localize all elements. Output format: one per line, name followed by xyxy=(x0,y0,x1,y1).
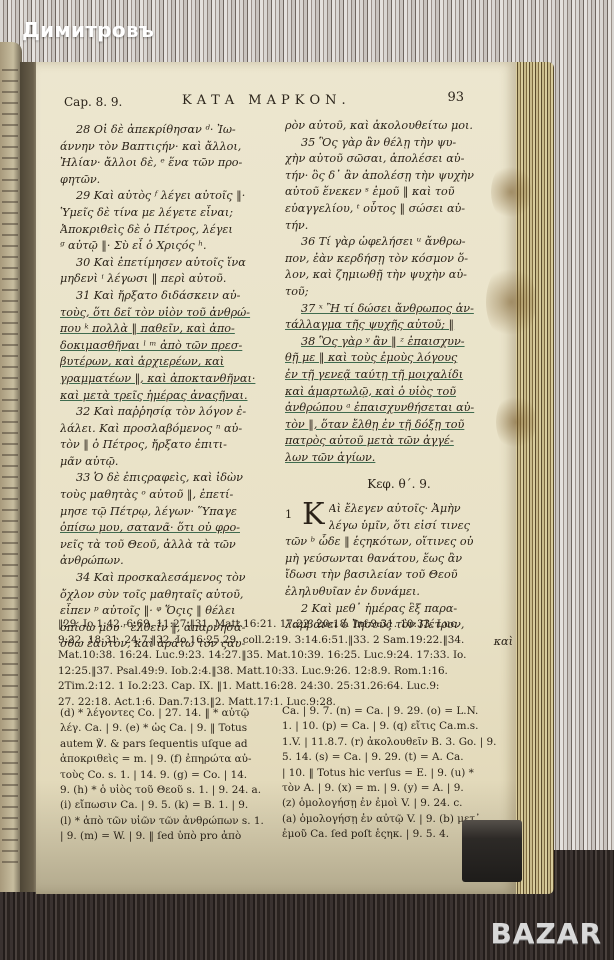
text-line: ἴδωσι τὴν βασιλείαν τοῦ Θεοῦ xyxy=(285,567,513,584)
note-line: | 10. ‖ Totus hic verſus = E. | 9. (u) * xyxy=(282,766,514,781)
text-line: 35 Ὃς γὰρ ἂν θέλῃ τὴν ψυ- xyxy=(285,135,513,152)
bazar-logo: BAZAR xyxy=(490,917,602,950)
previous-page-edge xyxy=(0,42,22,892)
right-column-text: ρὸν αὐτοῦ, καὶ ἀκολουθείτω μοι. 35 Ὃς γὰ… xyxy=(285,118,513,650)
text-line: Ἠλίαν· ἄλλοι δὲ, ᵉ ἕνα τῶν προ- xyxy=(60,155,278,172)
note-line: 1.V. | 11.8.7. (r) ἀκολουθεῖν B. 3. Go. … xyxy=(282,735,514,750)
text-line: λον, καὶ ζημιωθῇ τὴν ψυχὴν αὐ- xyxy=(285,267,513,284)
text-line: άννην τὸν Βαπτιςήν· καὶ ἄλλοι, xyxy=(60,139,278,156)
chapter-opening: 1 K Αὶ ἔλεγεν αὐτοῖς· Ἀμὴν λέγω ὑμῖν, ὅτ… xyxy=(285,501,513,534)
text-line: 31 Καὶ ἤρξατο διδάσκειν αὐ- xyxy=(60,288,278,305)
text-line: νεῖς τὰ τοῦ Θεοῦ, ἀλλὰ τὰ τῶν xyxy=(60,537,278,554)
underlined-line: τάλλαγμα τῆς ψυχῆς αὐτοῦ; ‖ xyxy=(285,317,513,334)
chapter-heading: Κεφ. θ΄. 9. xyxy=(285,476,513,493)
underlined-line: καὶ ἁμαρτωλῷ, καὶ ὁ υἱὸς τοῦ xyxy=(285,384,513,401)
note-line: autem ℣. & pars ſequentis uſque ad xyxy=(60,737,282,752)
underlined-line: δοκιμασθῆναι ˡ ᵐ ἀπὸ τῶν πρεσ- xyxy=(60,338,278,355)
note-line: (z) ὁμολογήσῃ ἐν ἐμοὶ V. | 9. 24. c. xyxy=(282,796,514,811)
seller-watermark: Димитровъ xyxy=(22,18,154,42)
variant-notes-left: (d) * λέγοντες Co. | 27. 14. ‖ * αὐτῷ λέ… xyxy=(60,706,282,845)
text-line: 2 Καὶ μεθ᾽ ἡμέρας ἓξ παρα- xyxy=(285,601,513,618)
note-line: τὸν A. | 9. (x) = m. | 9. (y) = A. | 9. xyxy=(282,781,514,796)
text-line: μὴ γεύσωνται θανάτου, ἕως ἂν xyxy=(285,551,513,568)
reference-line: 9:22. 18:31. 24:7.‖32. Io.16:25.29. coll… xyxy=(58,633,520,649)
underlined-line: καὶ μετὰ τρεῖς ἡμέρας ἀναςῆναι. xyxy=(60,388,278,405)
underlined-line: πατρὸς αὐτοῦ μετὰ τῶν ἀγγέ- xyxy=(285,433,513,450)
note-line: 9. (h) * ὁ υἱὸς τοῦ Θεοῦ s. 1. | 9. 24. … xyxy=(60,783,282,798)
text-line: Ἀποκριθεὶς δὲ ὁ Πέτρος, λέγει xyxy=(60,222,278,239)
text-line: φητῶν. xyxy=(60,172,278,189)
running-head: Cap. 8. 9. ΚΑΤΑ ΜΑΡΚΟΝ. 93 xyxy=(64,92,464,112)
note-line: λέγ. Ca. | 9. (e) * ὡς Ca. | 9. ‖ Totus xyxy=(60,721,282,736)
text-line: μηδενὶ ⁱ λέγωσι ‖ περὶ αὐτοῦ. xyxy=(60,271,278,288)
chapter-range: Cap. 8. 9. xyxy=(64,95,122,109)
text-line: χὴν αὐτοῦ σῶσαι, ἀπολέσει αὐ- xyxy=(285,151,513,168)
text-line: 32 Καὶ παῤῥησίᾳ τὸν λόγον ἐ- xyxy=(60,404,278,421)
text-line: λέγω ὑμῖν, ὅτι εἰσί τινες xyxy=(329,518,513,535)
text-line: ἀνθρώπων. xyxy=(60,553,278,570)
text-line: αὐτοῦ ἕνεκεν ˢ ἐμοῦ ‖ καὶ τοῦ xyxy=(285,184,513,201)
text-line: ρὸν αὐτοῦ, καὶ ἀκολουθείτω μοι. xyxy=(285,118,513,135)
reference-line: 12:25.‖37. Psal.49:9. Iob.2:4.‖38. Matt.… xyxy=(58,664,520,680)
underlined-line: που ᵏ πολλὰ ‖ παθεῖν, καὶ ἀπο- xyxy=(60,321,278,338)
text-line: 29 Καὶ αὐτὸς ᶠ λέγει αὐτοῖς ‖· xyxy=(60,188,278,205)
underlined-line: 37 ˣ Ἢ τί δώσει ἄνθρωπος ἀν- xyxy=(285,301,513,318)
text-line: Ὑμεῖς δὲ τίνα με λέγετε εἶναι; xyxy=(60,205,278,222)
text-line: μησε τῷ Πέτρῳ, λέγων· Ὕπαγε xyxy=(60,504,278,521)
underlined-line: βυτέρων, καὶ ἀρχιερέων, καὶ xyxy=(60,354,278,371)
binder-clip xyxy=(462,820,522,882)
text-line: τήν. xyxy=(285,218,513,235)
text-line: 36 Τί γὰρ ὠφελήσει ᵘ ἄνθρω- xyxy=(285,234,513,251)
underlined-line: τοὺς, ὅτι δεῖ τὸν υἱὸν τοῦ ἀνθρώ- xyxy=(60,305,278,322)
underlined-line: τὸν ‖, ὅταν ἔλθῃ ἐν τῇ δόξῃ τοῦ xyxy=(285,417,513,434)
text-line: τὸν ‖ ὁ Πέτρος, ἤρξατο ἐπιτι- xyxy=(60,437,278,454)
note-line: 5. 14. (s) = Ca. | 9. 29. (t) = A. Ca. xyxy=(282,750,514,765)
text-line: τοὺς μαθητὰς ᵒ αὐτοῦ ‖, ἐπετί- xyxy=(60,487,278,504)
underlined-line: θῇ με ‖ καὶ τοὺς ἐμοὺς λόγους xyxy=(285,350,513,367)
note-line: τοὺς Co. s. 1. | 14. 9. (g) = Co. | 14. xyxy=(60,768,282,783)
note-line: | 9. (m) = W. | 9. ‖ ſed ὑπὸ pro ἀπὸ xyxy=(60,829,282,844)
text-line: ἐληλυθυῖαν ἐν δυνάμει. xyxy=(285,584,513,601)
drop-cap: K xyxy=(302,501,324,529)
underlined-line: λων τῶν ἁγίων. xyxy=(285,450,513,467)
text-line: ὄχλον σὺν τοῖς μαθηταῖς αὐτοῦ, xyxy=(60,587,278,604)
underlined-line: ἐν τῇ γενεᾷ ταύτῃ τῇ μοιχαλίδι xyxy=(285,367,513,384)
underlined-line: 38 Ὃς γὰρ ʸ ἂν ‖ ᶻ ἐπαισχυν- xyxy=(285,334,513,351)
page-number: 93 xyxy=(447,90,464,105)
text-line: τήν· ὃς δ᾽ ἂν ἀπολέσῃ τὴν ψυχὴν xyxy=(285,168,513,185)
note-line: 1. | 10. (p) = Ca. | 9. (q) εἴτις Ca.m.s… xyxy=(282,719,514,734)
verse-number: 1 xyxy=(285,507,292,524)
text-line: Αὶ ἔλεγεν αὐτοῖς· Ἀμὴν xyxy=(329,501,513,518)
reference-line: ‖29. Io.1:42. 6:69. 11:27.‖31. Matt.16:2… xyxy=(58,617,520,633)
text-line: 30 Καὶ ἐπετίμησεν αὐτοῖς ἵνα xyxy=(60,255,278,272)
underlined-line: ἀνθρώπου ᵃ ἐπαισχυνθήσεται αὐ- xyxy=(285,400,513,417)
text-line: εὐαγγελίου, ᵗ οὗτος ‖ σώσει αὐ- xyxy=(285,201,513,218)
text-line: ᵍ αὐτῷ ‖· Σὺ εἶ ὁ Χριςός ʰ. xyxy=(60,238,278,255)
note-line: (i) εἴπωσιν Ca. | 9. 5. (k) = B. 1. | 9. xyxy=(60,798,282,813)
text-line: μᾶν αὐτῷ. xyxy=(60,454,278,471)
text-line: 33 Ὁ δὲ ἐπιςραφεὶς, καὶ ἰδὼν xyxy=(60,470,278,487)
note-line: Ca. | 9. 7. (n) = Ca. | 9. 29. (o) = L.N… xyxy=(282,704,514,719)
text-line: τοῦ; xyxy=(285,284,513,301)
text-line: πον, ἐὰν κερδήσῃ τὸν κόσμον ὅ- xyxy=(285,251,513,268)
cross-references: ‖29. Io.1:42. 6:69. 11:27.‖31. Matt.16:2… xyxy=(58,617,520,710)
text-line: λάλει. Καὶ προσλαβόμενος ⁿ αὐ- xyxy=(60,421,278,438)
note-line: (l) * ἀπὸ τῶν υἱῶν τῶν ἀνθρώπων s. 1. xyxy=(60,814,282,829)
reference-line: 2Tim.2:12. 1 Io.2:23. Cap. IX. ‖1. Matt.… xyxy=(58,679,520,695)
note-line: ἀποκριθεὶς = m. | 9. (f) ἐπηρώτα αὐ- xyxy=(60,752,282,767)
text-line: 34 Καὶ προσκαλεσάμενος τὸν xyxy=(60,570,278,587)
text-line: τῶν ᵇ ὧδε ‖ ἑςηκότων, οἵτινες οὐ xyxy=(285,534,513,551)
text-line: 28 Οἱ δὲ ἀπεκρίθησαν ᵈ· Ἰω- xyxy=(60,122,278,139)
underlined-line: ὀπίσω μου, σατανᾶ· ὅτι οὐ φρο- xyxy=(60,520,278,537)
underlined-line: γραμματέων ‖, καὶ ἀποκτανθῆναι· xyxy=(60,371,278,388)
note-line: (d) * λέγοντες Co. | 27. 14. ‖ * αὐτῷ xyxy=(60,706,282,721)
reference-line: Mat.10:38. 16:24. Luc.9:23. 14:27.‖35. M… xyxy=(58,648,520,664)
book-title: ΚΑΤΑ ΜΑΡΚΟΝ. xyxy=(182,93,351,108)
left-column-text: 28 Οἱ δὲ ἀπεκρίθησαν ᵈ· Ἰω- άννην τὸν Βα… xyxy=(60,122,278,653)
